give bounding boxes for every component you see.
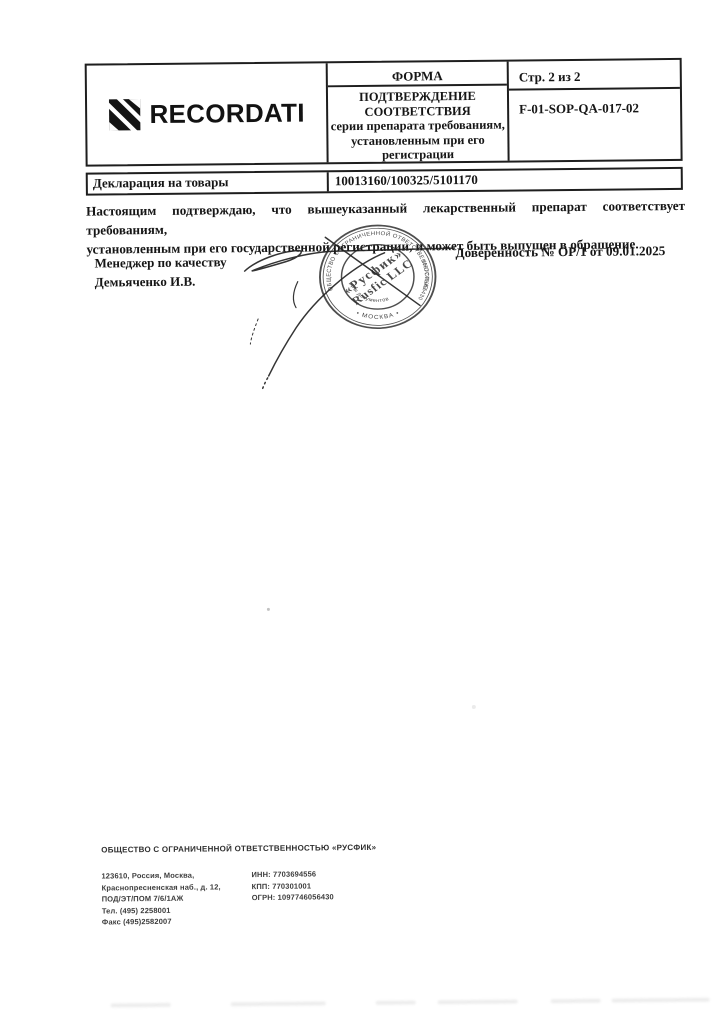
declaration-label: Декларация на товары: [88, 172, 329, 193]
logo-cell: RECORDATI: [87, 63, 329, 164]
signatory-role: Менеджер по качеству: [94, 252, 226, 272]
document-title: ПОДТВЕРЖДЕНИЕ СООТВЕТСТВИЯ серии препара…: [328, 86, 508, 163]
title-line: установленным при его: [328, 132, 507, 148]
footer-inn: ИНН: 7703694556: [251, 868, 333, 880]
scan-artifact: [111, 1003, 171, 1008]
recordati-logo-icon: [108, 98, 142, 132]
footer-address: 123610, Россия, Москва, Краснопресненска…: [101, 869, 221, 928]
scan-speck: [267, 608, 270, 611]
footer-registration-numbers: ИНН: 7703694556 КПП: 770301001 ОГРН: 109…: [251, 868, 333, 903]
scanned-document-page: RECORDATI ФОРМА ПОДТВЕРЖДЕНИЕ СООТВЕТСТВ…: [0, 0, 724, 1024]
scan-tilt-layer: RECORDATI ФОРМА ПОДТВЕРЖДЕНИЕ СООТВЕТСТВ…: [0, 0, 724, 1024]
footer-ogrn: ОГРН: 1097746056430: [252, 891, 334, 903]
page-number: Стр. 2 из 2: [509, 60, 680, 91]
title-line: регистрации: [328, 147, 507, 163]
scan-artifact: [551, 999, 601, 1003]
declaration-table: Декларация на товары 10013160/100325/510…: [86, 167, 683, 196]
power-of-attorney: Доверенность № ОР/1 от 09.01.2025: [455, 243, 665, 261]
handwritten-signature: [234, 225, 468, 393]
scan-artifact: [438, 1000, 518, 1005]
document-code: F-01-SOP-QA-017-02: [509, 89, 681, 161]
footer-address-line: Краснопресненская наб., д. 12,: [102, 881, 221, 894]
footer-company-name: ОБЩЕСТВО С ОГРАНИЧЕННОЙ ОТВЕТСТВЕННОСТЬЮ…: [101, 843, 376, 855]
declaration-number: 10013160/100325/5101170: [329, 169, 681, 191]
scan-artifact: [231, 1001, 326, 1006]
scan-speck: [472, 705, 476, 709]
form-label: ФОРМА: [328, 62, 507, 88]
footer-fax: Факс (495)2582007: [102, 915, 221, 928]
header-middle-column: ФОРМА ПОДТВЕРЖДЕНИЕ СООТВЕТСТВИЯ серии п…: [328, 62, 510, 163]
scan-artifact: [376, 1001, 416, 1005]
signatory-name: Демьяченко И.В.: [95, 271, 227, 291]
header-table: RECORDATI ФОРМА ПОДТВЕРЖДЕНИЕ СООТВЕТСТВ…: [85, 58, 683, 167]
signatory-block: Менеджер по качеству Демьяченко И.В.: [94, 252, 226, 291]
header-right-column: Стр. 2 из 2 F-01-SOP-QA-017-02: [509, 60, 681, 161]
title-line: серии препарата требованиям,: [328, 118, 507, 134]
logo-wordmark: RECORDATI: [149, 98, 305, 130]
footer-kpp: КПП: 770301001: [252, 880, 334, 892]
scan-artifact: [612, 998, 710, 1003]
